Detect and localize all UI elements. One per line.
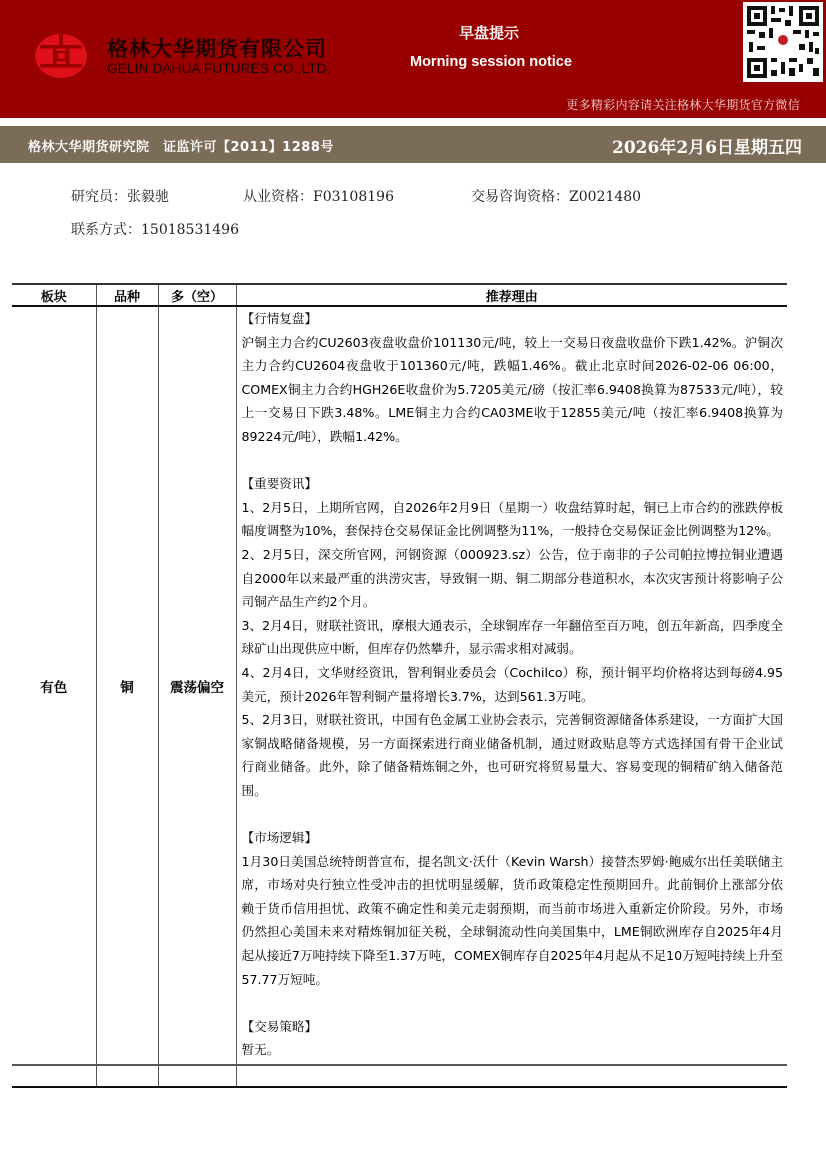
news-item: 3、2月4日，财联社资讯，摩根大通表示，全球铜库存一年翻倍至百万吨，创五年新高，… [242, 614, 784, 661]
section-paragraph: 暂无。 [242, 1038, 784, 1062]
section-title: 【交易策略】 [242, 1015, 784, 1039]
news-item: 5、2月3日，财联社资讯，中国有色金属工业协会表示，完善铜资源储备体系建设，一方… [242, 708, 784, 802]
wechat-slogan: 更多精彩内容请关注格林大华期货官方微信 [566, 96, 800, 113]
section-key-news: 【重要资讯】 1、2月5日，上期所官网，自2026年2月9日（星期一）收盘结算时… [242, 472, 784, 802]
company-logo-icon [34, 33, 88, 79]
direction-cell: 震荡偏空 [158, 306, 236, 1065]
section-paragraph: 1月30日美国总统特朗普宣布，提名凯文·沃什（Kevin Warsh）接替杰罗姆… [242, 850, 784, 992]
researcher-license: 从业资格：F03108196 [243, 186, 394, 206]
variety-cell: 铜 [96, 306, 158, 1065]
institute-band: 格林大华期货研究院 证监许可【2011】1288号 2026年2月6日星期五四 [0, 126, 826, 163]
recommendation-table: 板块 品种 多（空） 推荐理由 有色 铜 震荡偏空 【行情复盘】 沪铜主力合约C… [12, 283, 787, 1088]
news-item: 4、2月4日，文华财经资讯，智利铜业委员会（Cochilco）称，预计铜平均价格… [242, 661, 784, 708]
report-title-en: Morning session notice [410, 54, 572, 70]
column-header-sector: 板块 [12, 284, 96, 306]
report-title-cn: 早盘提示 [414, 22, 564, 43]
researcher-contact: 联系方式：15018531496 [71, 219, 239, 239]
company-name-cn: 格林大华期货有限公司 [107, 33, 327, 63]
column-header-reason: 推荐理由 [236, 284, 787, 306]
researcher-name: 研究员：张毅驰 [71, 186, 169, 206]
section-market-review: 【行情复盘】 沪铜主力合约CU2603夜盘收盘价101130元/吨，较上一交易日… [242, 307, 784, 449]
table-header-row: 板块 品种 多（空） 推荐理由 [12, 284, 787, 306]
company-name-en: GELIN DAHUA FUTURES CO.,LTD. [107, 61, 331, 76]
section-title: 【市场逻辑】 [242, 826, 784, 850]
sector-cell: 有色 [12, 306, 96, 1065]
empty-table-row [12, 1065, 787, 1087]
section-trading-strategy: 【交易策略】 暂无。 [242, 1015, 784, 1062]
wechat-qr-code-icon [743, 2, 823, 82]
report-date: 2026年2月6日星期五四 [612, 133, 802, 158]
column-header-variety: 品种 [96, 284, 158, 306]
institute-license: 格林大华期货研究院 证监许可【2011】1288号 [28, 136, 334, 155]
section-title: 【重要资讯】 [242, 472, 784, 496]
news-item: 1、2月5日，上期所官网，自2026年2月9日（星期一）收盘结算时起，铜已上市合… [242, 496, 784, 543]
report-header: 格林大华期货有限公司 GELIN DAHUA FUTURES CO.,LTD. … [0, 0, 826, 118]
section-paragraph: 沪铜主力合约CU2603夜盘收盘价101130元/吨，较上一交易日夜盘收盘价下跌… [242, 331, 784, 449]
news-item: 2、2月5日，深交所官网，河钢资源（000923.sz）公告，位于南非的子公司帕… [242, 543, 784, 614]
section-title: 【行情复盘】 [242, 307, 784, 331]
consult-license: 交易咨询资格：Z0021480 [471, 186, 641, 206]
column-header-direction: 多（空） [158, 284, 236, 306]
table-row: 有色 铜 震荡偏空 【行情复盘】 沪铜主力合约CU2603夜盘收盘价101130… [12, 306, 787, 1065]
section-market-logic: 【市场逻辑】 1月30日美国总统特朗普宣布，提名凯文·沃什（Kevin Wars… [242, 826, 784, 991]
reason-cell: 【行情复盘】 沪铜主力合约CU2603夜盘收盘价101130元/吨，较上一交易日… [236, 306, 787, 1065]
